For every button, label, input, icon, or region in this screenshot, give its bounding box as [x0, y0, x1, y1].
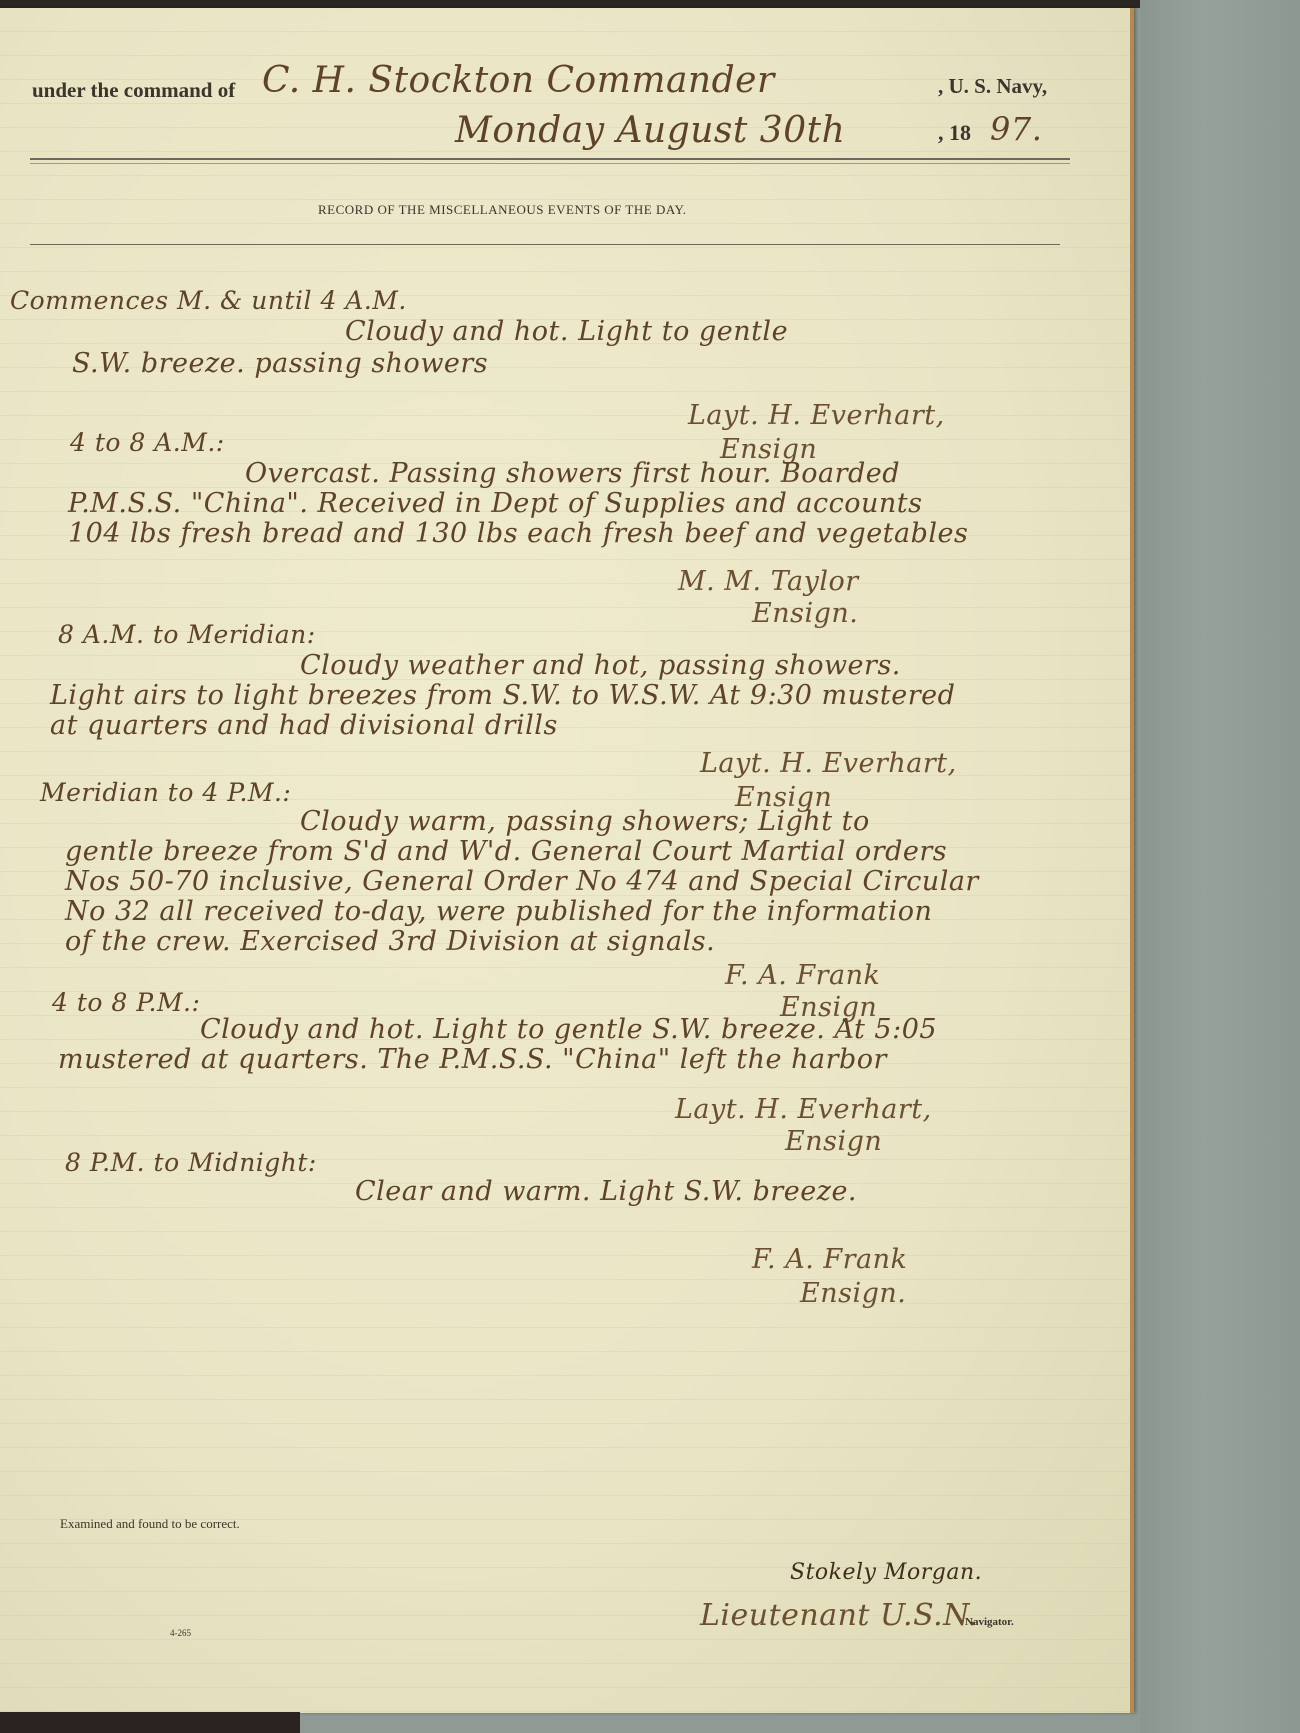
logbook-page: under the command of C. H. Stockton Comm… — [0, 8, 1134, 1713]
entry-line: mustered at quarters. The P.M.S.S. "Chin… — [58, 1044, 887, 1075]
navigator-signature: Stokely Morgan. — [790, 1560, 982, 1585]
watch-heading: 4 to 8 P.M.: — [52, 988, 200, 1017]
watch-heading: Meridian to 4 P.M.: — [40, 778, 291, 807]
officer-rank: Ensign. — [752, 598, 858, 629]
entry-line: Cloudy and hot. Light to gentle — [345, 316, 788, 347]
entry-line: Light airs to light breezes from S.W. to… — [50, 680, 955, 711]
watch-heading: 8 P.M. to Midnight: — [65, 1148, 317, 1177]
navigator-rank: Lieutenant U.S.N. — [700, 1598, 978, 1633]
entry-line: of the crew. Exercised 3rd Division at s… — [65, 926, 715, 957]
examined-label: Examined and found to be correct. — [60, 1516, 240, 1532]
officer-signature: Layt. H. Everhart, — [700, 748, 957, 779]
header-rule-top — [30, 158, 1070, 160]
watch-heading: Commences M. & until 4 A.M. — [10, 286, 407, 315]
entry-line: P.M.S.S. "China". Received in Dept of Su… — [68, 488, 923, 519]
officer-signature: Layt. H. Everhart, — [675, 1094, 932, 1125]
year-printed: , 18 — [938, 120, 971, 146]
form-number: 4-265 — [170, 1628, 191, 1638]
command-label: under the command of — [32, 78, 235, 103]
service-label: , U. S. Navy, — [938, 74, 1047, 99]
commander-name: C. H. Stockton Commander — [262, 60, 775, 101]
entry-line: 104 lbs fresh bread and 130 lbs each fre… — [68, 518, 968, 549]
officer-signature: F. A. Frank — [725, 960, 880, 991]
log-date: Monday August 30th — [455, 110, 845, 151]
year-handwritten: 97. — [990, 110, 1042, 148]
section-rule — [30, 244, 1060, 245]
scan-bottom-edge — [0, 1712, 300, 1733]
entry-line: at quarters and had divisional drills — [50, 710, 558, 741]
officer-signature: F. A. Frank — [752, 1244, 907, 1275]
entry-line: gentle breeze from S'd and W'd. General … — [65, 836, 947, 867]
header-rule-bottom — [30, 163, 1070, 164]
scan-top-edge — [0, 0, 1300, 8]
officer-rank: Ensign. — [800, 1278, 906, 1309]
watch-heading: 4 to 8 A.M.: — [70, 428, 225, 457]
scan-backdrop — [1140, 0, 1300, 1733]
officer-rank: Ensign — [785, 1126, 882, 1157]
entry-line: S.W. breeze. passing showers — [72, 348, 488, 379]
navigator-label: Navigator. — [965, 1616, 1014, 1628]
entry-line: Cloudy weather and hot, passing showers. — [300, 650, 901, 681]
entry-line: Cloudy warm, passing showers; Light to — [300, 806, 870, 837]
entry-line: Cloudy and hot. Light to gentle S.W. bre… — [200, 1014, 937, 1045]
entry-line: No 32 all received to-day, were publishe… — [65, 896, 932, 927]
watch-heading: 8 A.M. to Meridian: — [58, 620, 316, 649]
entry-line: Clear and warm. Light S.W. breeze. — [355, 1176, 857, 1207]
officer-signature: Layt. H. Everhart, — [688, 400, 945, 431]
entry-line: Nos 50-70 inclusive, General Order No 47… — [65, 866, 979, 897]
entry-line: Overcast. Passing showers first hour. Bo… — [245, 458, 900, 489]
officer-signature: M. M. Taylor — [678, 566, 859, 597]
section-title: RECORD OF THE MISCELLANEOUS EVENTS OF TH… — [318, 202, 687, 218]
